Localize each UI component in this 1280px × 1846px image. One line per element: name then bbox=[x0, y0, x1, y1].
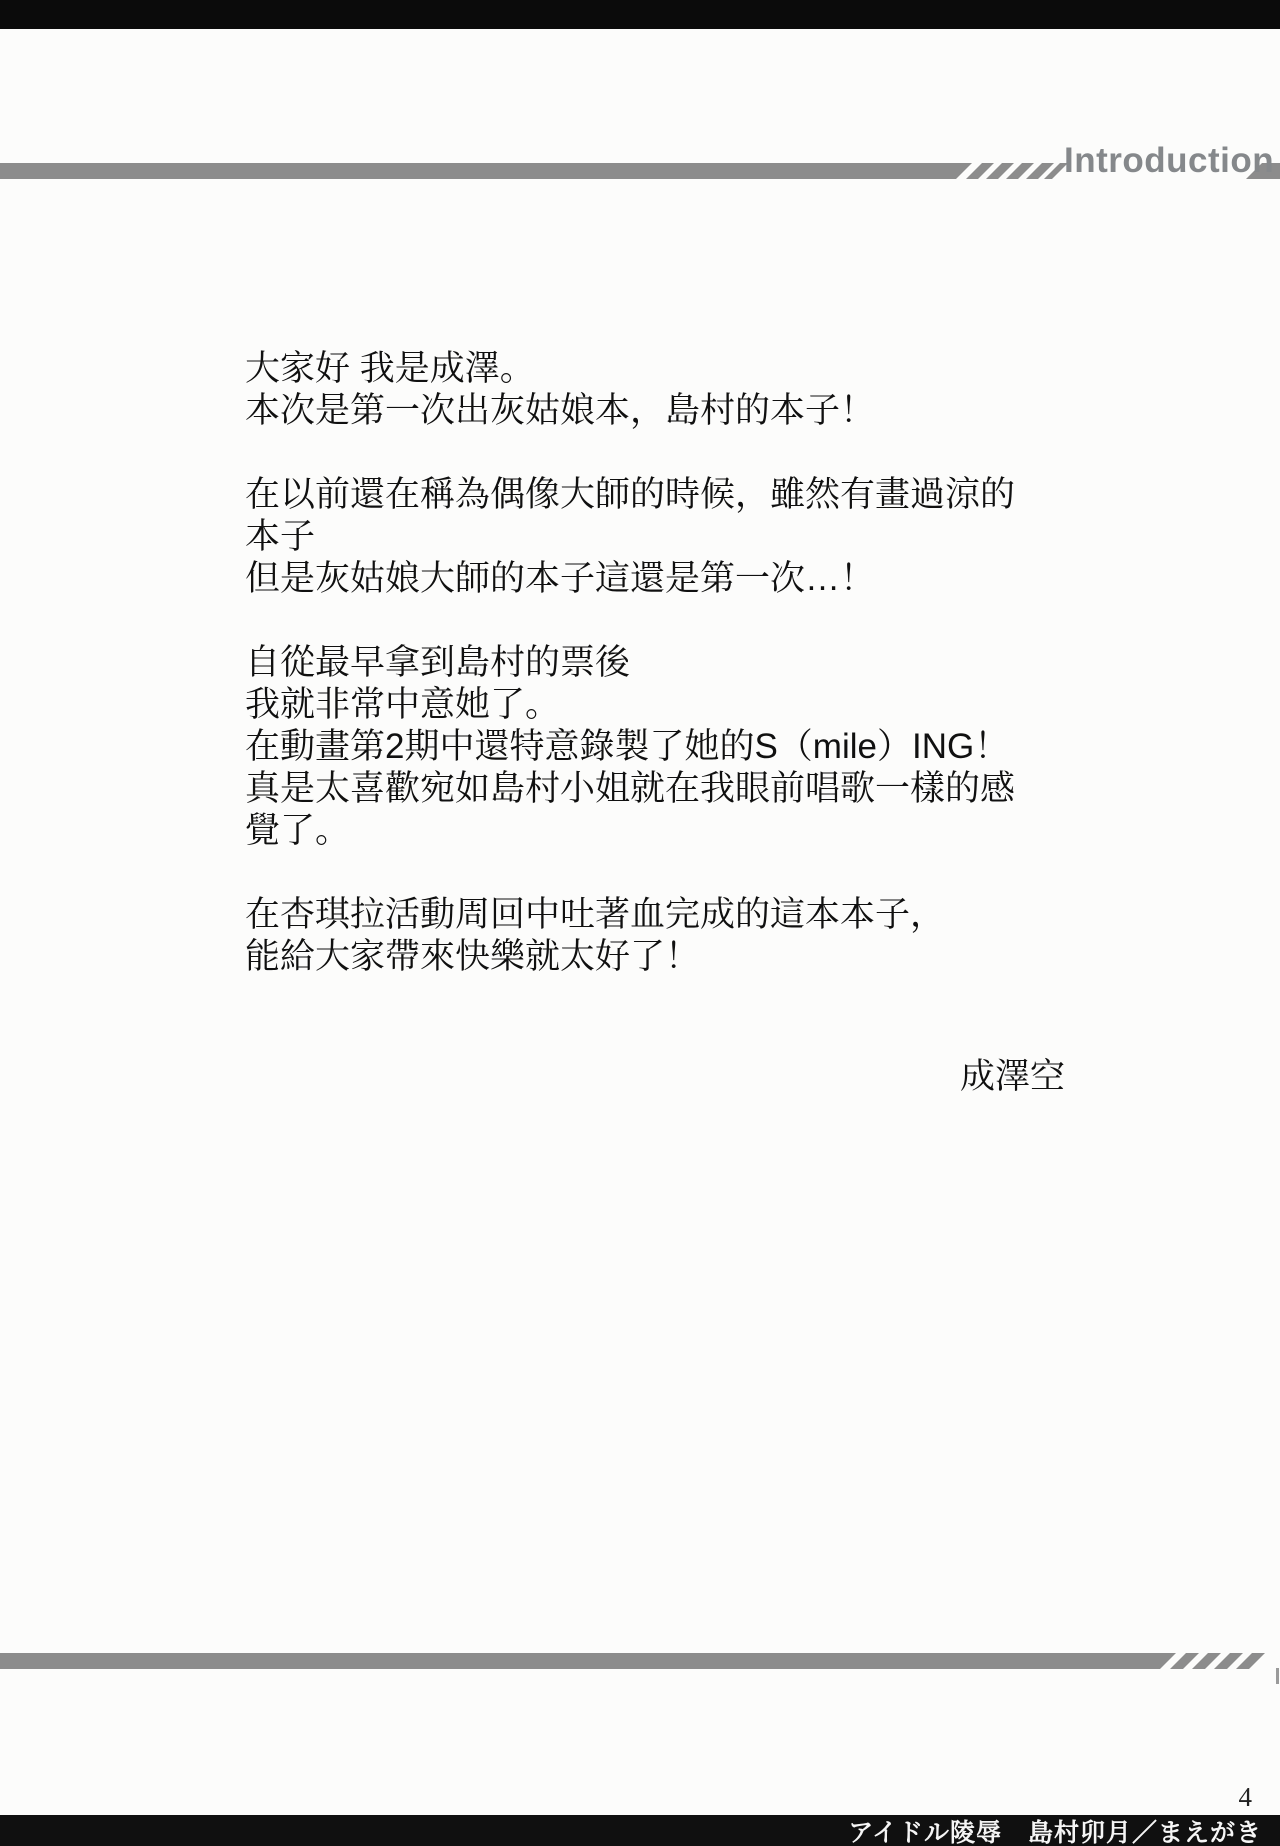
body-text-line: 在動畫第2期中還特意錄製了她的S（mile）ING！ bbox=[245, 726, 1235, 768]
scan-black-band bbox=[0, 0, 1280, 29]
body-text-line bbox=[245, 852, 1235, 894]
body-text-line: 在杏琪拉活動周回中吐著血完成的這本本子， bbox=[245, 894, 1235, 936]
page-number: 4 bbox=[1239, 1782, 1253, 1813]
author-signature: 成澤空 bbox=[960, 1056, 1065, 1098]
footer-bar: アイドル陵辱 島村卯月／まえがき bbox=[0, 1815, 1280, 1846]
body-text-line: 大家好 我是成澤。 bbox=[245, 348, 1235, 390]
body-text-line bbox=[245, 432, 1235, 474]
header-rule-bar bbox=[0, 163, 972, 179]
body-text-line: 但是灰姑娘大師的本子這還是第一次…！ bbox=[245, 558, 1235, 600]
body-text-line: 覺了。 bbox=[245, 810, 1235, 852]
body-text-line: 真是太喜歡宛如島村小姐就在我眼前唱歌一樣的感 bbox=[245, 768, 1235, 810]
introduction-text-block: 大家好 我是成澤。 本次是第一次出灰姑娘本，島村的本子！ 在以前還在稱為偶像大師… bbox=[245, 348, 1235, 978]
body-text-line: 本次是第一次出灰姑娘本，島村的本子！ bbox=[245, 390, 1235, 432]
footer-caption: アイドル陵辱 島村卯月／まえがき bbox=[848, 1813, 1262, 1846]
footer-rule-bar bbox=[0, 1653, 1176, 1669]
body-text-line: 自從最早拿到島村的票後 bbox=[245, 642, 1235, 684]
body-text-line bbox=[245, 600, 1235, 642]
scanned-document-page: Introduction 大家好 我是成澤。 本次是第一次出灰姑娘本，島村的本子… bbox=[0, 0, 1280, 1846]
body-text-line: 本子 bbox=[245, 516, 1235, 558]
page-header-title: Introduction bbox=[1064, 141, 1274, 181]
scan-edge-fragment bbox=[1276, 1668, 1279, 1684]
body-text-line: 我就非常中意她了。 bbox=[245, 684, 1235, 726]
body-text-line: 在以前還在稱為偶像大師的時候，雖然有畫過涼的 bbox=[245, 474, 1235, 516]
body-text-line: 能給大家帶來快樂就太好了！ bbox=[245, 936, 1235, 978]
